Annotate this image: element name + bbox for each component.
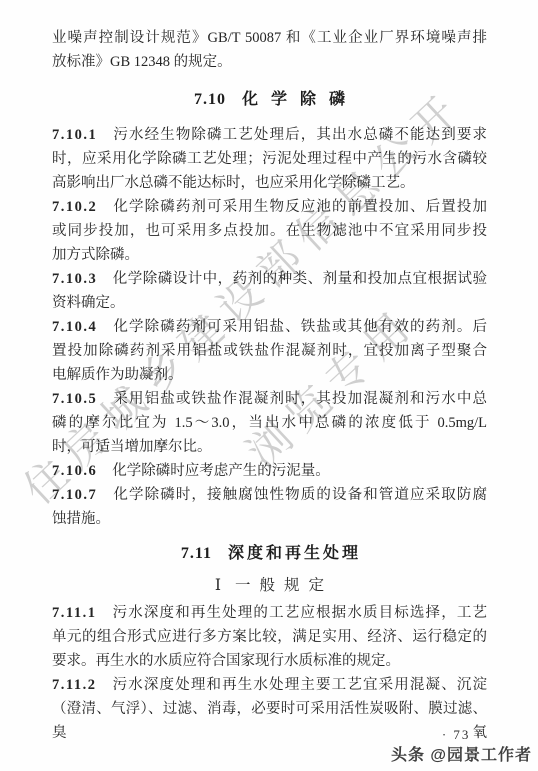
clause-number: 7.10.3 (52, 271, 97, 287)
clause-line: 7.11.2污水深度处理和再生水处理主要工艺宜采用混凝、沉淀 (52, 673, 487, 697)
clause-line: 要求。再生水的水质应符合国家现行水质标准的规定。 (52, 649, 487, 673)
paragraph-line: 业噪声控制设计规范》GB/T 50087 和《工业企业厂界环境噪声排 (52, 26, 487, 50)
subsection-heading: Ⅰ一般规定 (52, 573, 487, 599)
clause-line: 磷的摩尔比宜为 1.5～3.0，当出水中总磷的浓度低于 0.5mg/L (52, 411, 487, 435)
section-heading: 7.11深度和再生处理 (52, 541, 487, 567)
subsection-title: 一般规定 (235, 577, 333, 594)
section-heading-number: 7.10 (194, 91, 226, 108)
clause-line: 电解质作为助凝剂。 (52, 363, 487, 387)
credit-watermark: 头条 @园景工作者 (391, 742, 532, 765)
clause-number: 7.10.1 (52, 127, 97, 143)
clause-line: 7.10.2化学除磷药剂可采用生物反应池的前置投加、后置投加 (52, 195, 487, 219)
clause-line: 置投加除磷药剂采用铝盐或铁盐作混凝剂时，宜投加离子型聚合 (52, 339, 487, 363)
section-heading: 7.10化学除磷 (52, 87, 487, 113)
clause-line: 单元的组合形式应进行多方案比较，满足实用、经济、运行稳定的 (52, 625, 487, 649)
clause-line: 时，可适当增加摩尔比。 (52, 435, 487, 459)
paragraph-line: 放标准》GB 12348 的规定。 (52, 50, 487, 74)
clause-line: 时，应采用化学除磷工艺处理；污泥处理过程中产生的污水含磷较 (52, 147, 487, 171)
clause-line: 7.10.1污水经生物除磷工艺处理后，其出水总磷不能达到要求 (52, 123, 487, 147)
section-heading-title: 化学除磷 (242, 91, 358, 108)
clause-line: 资料确定。 (52, 291, 487, 315)
clause-line: 7.10.3化学除磷设计中，药剂的种类、剂量和投加点宜根据试验 (52, 267, 487, 291)
clause-line: 高影响出厂水总磷不能达标时，也应采用化学除磷工艺。 (52, 171, 487, 195)
page-number: · 73 · (442, 727, 482, 743)
clause-number: 7.11.1 (52, 605, 96, 621)
clause-line: 7.10.4化学除磷药剂可采用铝盐、铁盐或其他有效的药剂。后 (52, 315, 487, 339)
clause-line: 加方式除磷。 (52, 243, 487, 267)
section-heading-number: 7.11 (181, 545, 212, 562)
clause-line: 7.10.5采用铝盐或铁盐作混凝剂时，其投加混凝剂和污水中总 (52, 387, 487, 411)
clause-line: 7.10.6化学除磷时应考虑产生的污泥量。 (52, 459, 487, 483)
clause-number: 7.10.6 (52, 463, 97, 479)
roman-numeral: Ⅰ (215, 577, 221, 594)
section-heading-title: 深度和再生处理 (228, 545, 361, 562)
page-body: 业噪声控制设计规范》GB/T 50087 和《工业企业厂界环境噪声排放标准》GB… (52, 26, 487, 745)
document-page: 住房城乡建设部信息公开 浏览专用 业噪声控制设计规范》GB/T 50087 和《… (0, 0, 538, 771)
clause-number: 7.10.7 (52, 487, 97, 503)
clause-line: 蚀措施。 (52, 507, 487, 531)
clause-line: 7.11.1污水深度和再生处理的工艺应根据水质目标选择，工艺 (52, 601, 487, 625)
clause-number: 7.10.2 (52, 199, 97, 215)
clause-number: 7.10.4 (52, 319, 97, 335)
clause-number: 7.11.2 (52, 677, 96, 693)
clause-line: 或同步投加，也可采用多点投加。在生物滤池中不宜采用同步投 (52, 219, 487, 243)
clause-line: （澄清、气浮）、过滤、消毒，必要时可采用活性炭吸附、膜过滤、臭氧 (52, 697, 487, 745)
clause-number: 7.10.5 (52, 391, 97, 407)
clause-line: 7.10.7化学除磷时，接触腐蚀性物质的设备和管道应采取防腐 (52, 483, 487, 507)
